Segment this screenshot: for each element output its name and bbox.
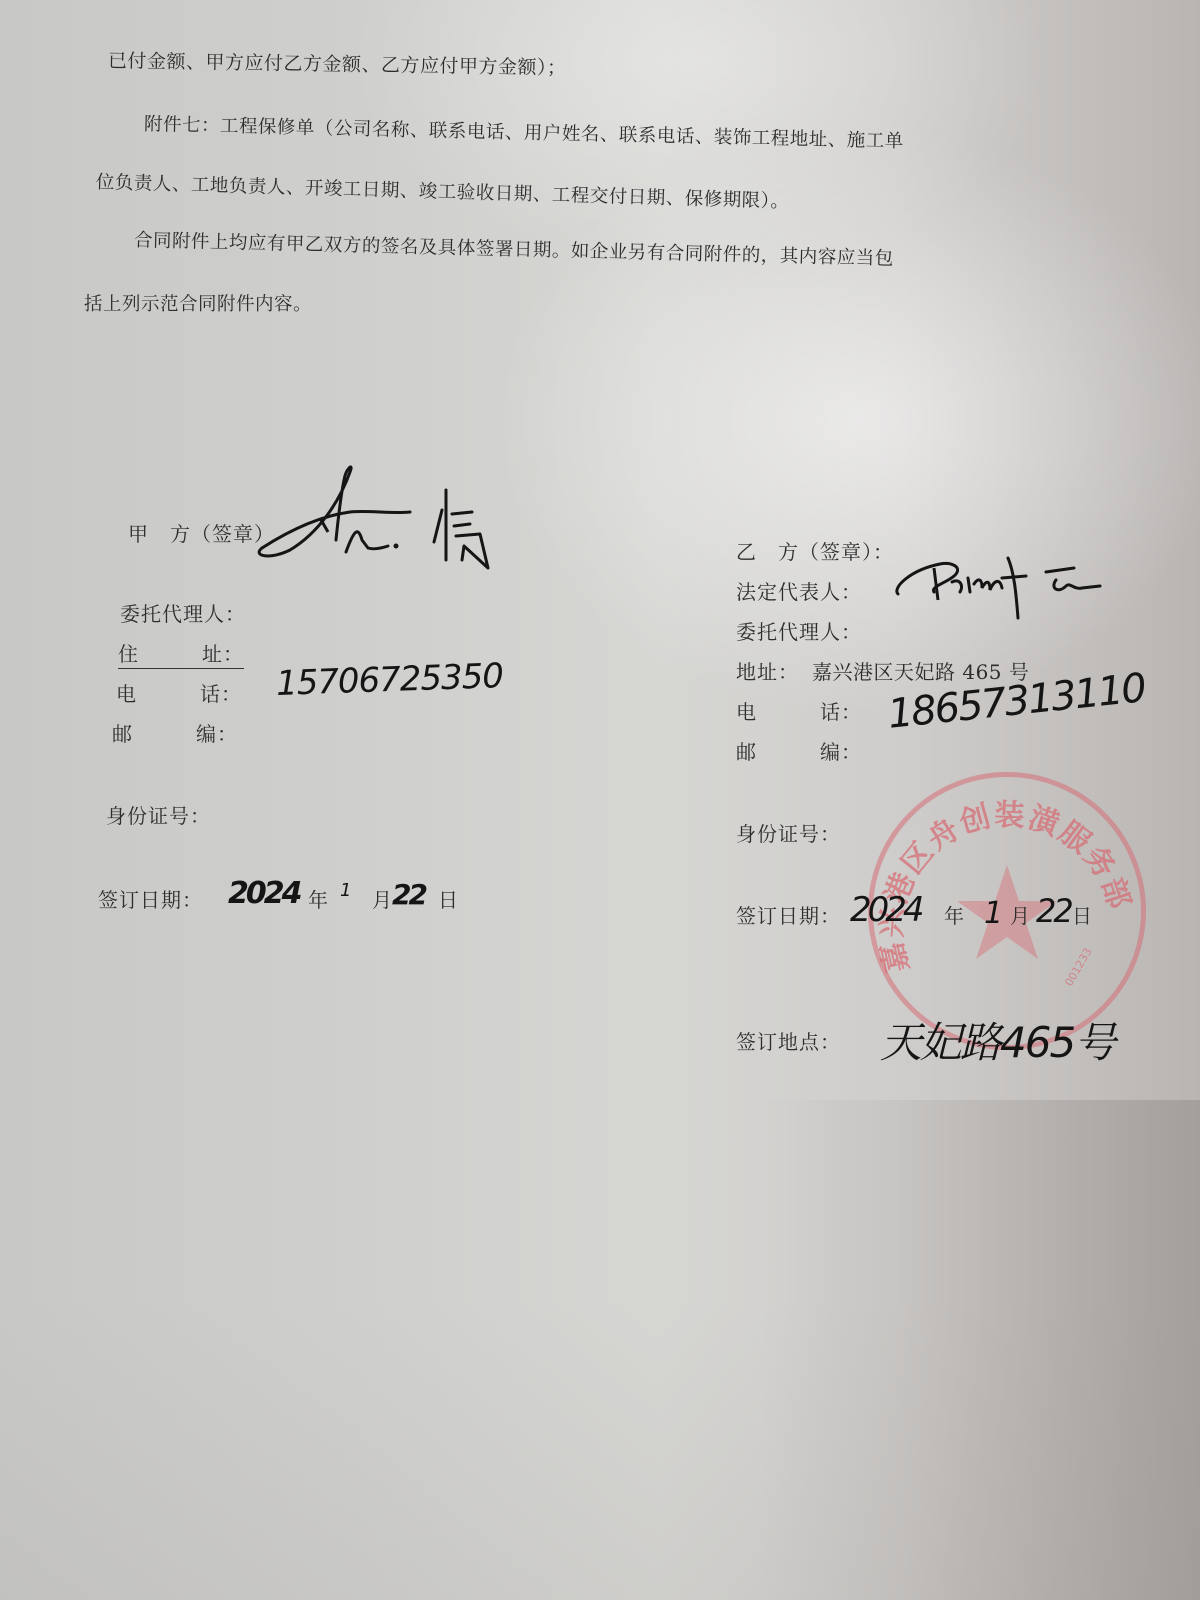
party-a-phone-value: 15706725350 (275, 656, 503, 704)
body-line-4: 合同附件上均应有甲乙双方的签名及具体签署日期。如企业另有合同附件的，其内容应当包 (134, 226, 894, 271)
party-b-agent-label: 委托代理人： (736, 616, 862, 645)
party-b-date-label: 签订日期： (736, 900, 841, 929)
party-b-date-month: 1 (984, 896, 1003, 931)
party-b-postcode-label: 邮 编： (736, 736, 862, 765)
party-b-address-label: 地址： (736, 656, 799, 685)
party-a-date-year: 2024 (228, 876, 300, 911)
body-line-3: 位负责人、工地负责人、开竣工日期、竣工验收日期、工程交付日期、保修期限）。 (96, 168, 790, 213)
body-line-2: 附件七：工程保修单（公司名称、联系电话、用户姓名、联系电话、装饰工程地址、施工单 (144, 110, 904, 153)
party-b-id-label: 身份证号： (736, 818, 841, 847)
paper-shadow (760, 1100, 1200, 1600)
party-a-date-day-unit: 日 (438, 884, 459, 913)
party-b-place-value: 天妃路465号 (880, 1010, 1114, 1070)
party-b-title: 乙 方（签章）： (736, 536, 894, 565)
party-a-date-label: 签订日期： (98, 884, 203, 913)
party-a-phone-label: 电 话： (116, 678, 242, 707)
party-b-date-year: 2024 (850, 890, 921, 930)
party-a-date-day: 22 (392, 878, 425, 911)
svg-text:嘉兴港区舟创装潢服务部: 嘉兴港区舟创装潢服务部 (874, 798, 1137, 976)
party-b-date-day-unit: 日 (1072, 900, 1093, 929)
party-a-signature (250, 460, 510, 580)
party-b-place-label: 签订地点： (736, 1026, 841, 1055)
seal-text: 嘉兴港区舟创装潢服务部 (874, 798, 1137, 976)
paper-shadow-bottom (0, 1300, 1200, 1600)
party-a-date-month-unit: 月 (372, 884, 393, 913)
party-a-address-label: 住 址： (118, 638, 244, 669)
body-line-1: 已付金额、甲方应付乙方金额、乙方应付甲方金额）； (108, 46, 567, 80)
party-a-date-month: 1 (340, 880, 351, 901)
body-line-5: 括上列示范合同附件内容。 (84, 290, 312, 316)
party-a-agent-label: 委托代理人： (120, 598, 246, 627)
party-b-phone-label: 电 话： (736, 696, 862, 725)
party-b-date-year-unit: 年 (944, 900, 965, 929)
party-b-legal-rep-signature (890, 552, 1150, 632)
party-a-id-label: 身份证号： (106, 800, 211, 829)
seal-serial: 001233 (1062, 946, 1094, 989)
party-b-date-month-unit: 月 (1010, 900, 1031, 929)
party-b-legal-rep-label: 法定代表人： (736, 576, 862, 605)
party-a-postcode-label: 邮 编： (112, 718, 238, 747)
party-b-date-day: 22 (1036, 892, 1071, 930)
party-a-date-year-unit: 年 (308, 884, 329, 913)
